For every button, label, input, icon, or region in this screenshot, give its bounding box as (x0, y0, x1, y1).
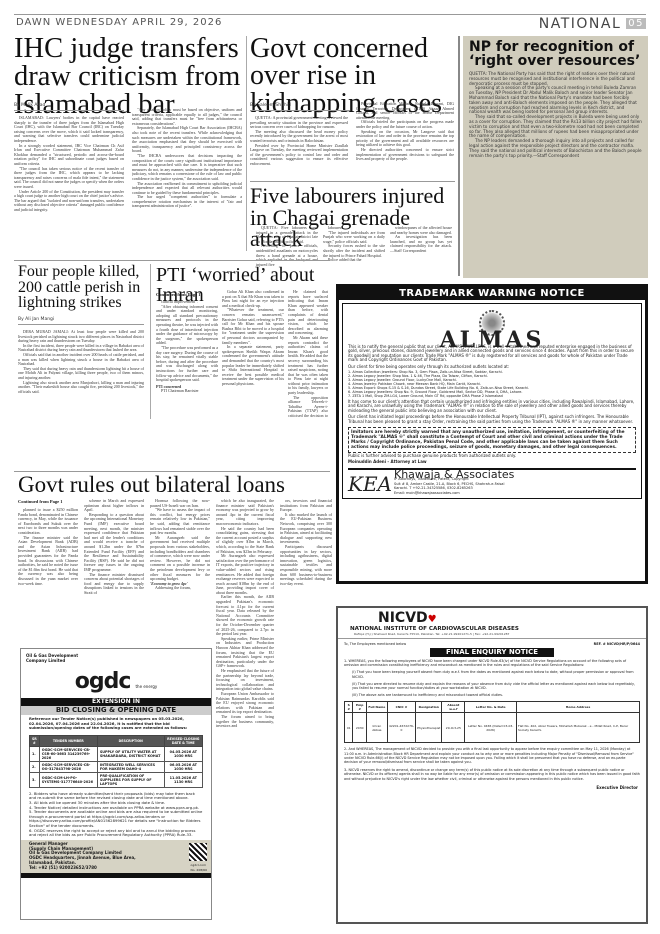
firm-logo: KEA (348, 482, 388, 487)
np-sidebar-box: NP for recognition of ‘right over resour… (463, 36, 648, 278)
trademark-notice-ad: TRADEMARK WARNING NOTICE ALMAS This is t… (336, 284, 648, 584)
pti-col2: Gohar Ali Khan also confirmed in a post … (222, 290, 284, 418)
employee-table: S #Emp #Full NameCNIC #DesignationAbsent… (344, 701, 640, 743)
lightning-headline: Four people killed, 200 cattle perish in… (18, 264, 148, 311)
notice-title: TRADEMARK WARNING NOTICE (339, 287, 645, 300)
ihc-col2: "Any rotation policy must be based on ob… (132, 108, 242, 254)
continued-label: Continued from Page 1 (18, 499, 63, 504)
loans-col3: Hormuz following the now-paused US-Israe… (150, 499, 210, 638)
ogdc-logo: ogdc (75, 669, 131, 694)
loans-col2: scheme in March and expressed optimism a… (84, 499, 144, 638)
divider (14, 260, 330, 261)
loans-col4: which he also inaugurated, the finance m… (216, 499, 274, 927)
section-label: NATIONAL05 (539, 16, 646, 32)
notice-title: FINAL ENQUIRY NOTICE (430, 648, 554, 657)
byline: By Ali Jan Mangi (18, 317, 144, 325)
page-number: 05 (626, 18, 646, 29)
tender-notes: 2. Bidders who have already submitted/se… (21, 790, 211, 840)
divider (250, 181, 455, 182)
warning-box: Imitators are hereby strictly warned tha… (348, 427, 636, 453)
loans-col1: planned to issue a $250 million Panda bo… (18, 508, 78, 638)
heart-icon: ♥ (428, 614, 437, 625)
loans-headline: Govt rules out bilateral loans (18, 474, 338, 497)
ogdc-tender-ad: Oil & Gas Development Company Limited og… (20, 648, 212, 920)
dateline: DAWN WEDNESDAY APRIL 29, 2026 (16, 17, 222, 28)
table-row: 2.OGDC-SCM-SERVICES-CB-OO-317843798-2026… (30, 761, 203, 772)
kidnap-col1: QUETTA: A provincial government meeting … (250, 116, 348, 176)
nicvd-logo: NICVD♥ (378, 610, 646, 626)
firm-block: KEA Khawaja & Associates IP Attorneys, T… (348, 468, 636, 496)
bid-banner: BID CLOSING & OPENING DATE (21, 706, 211, 715)
loans-col5: ors, investors and financial institution… (280, 499, 332, 634)
divider (150, 264, 151, 419)
kidnap-col2: Provincial Education Minister Raheela Du… (356, 102, 454, 176)
np-body: QUETTA: The National Party has said that… (469, 72, 642, 158)
table-row: 1.OGDC-SCM-SERVICES-CB-CSR-60-3663 31423… (30, 746, 203, 761)
chagai-col3: windowpanes of the affected house and ne… (390, 226, 452, 266)
table-row: 3.OGDC-SCM-LH-PO-SYSTEMS-317776640-2026P… (30, 772, 203, 787)
attorney: Moinuddin Adeni - Attorney at Law (348, 460, 636, 465)
divider (246, 36, 247, 251)
qr-code[interactable] (189, 843, 207, 861)
pti-col3: He claimed that reports have surfaced in… (288, 290, 328, 418)
signatory: Executive Director (338, 781, 646, 794)
brand-name: ALMAS (348, 338, 636, 343)
continued-label: Continued from Page 1 (156, 292, 201, 297)
masthead: DAWN WEDNESDAY APRIL 29, 2026 NATIONAL05 (14, 14, 646, 32)
np-headline: NP for recognition of ‘right over resour… (469, 40, 642, 68)
extension-banner: EXTENSION IN (21, 698, 211, 706)
nicvd-notice-ad: NICVD♥ NATIONAL INSTITUTE OF CARDIOVASCU… (336, 606, 648, 924)
ihc-col1: ISLAMABAD: Lawyers' bodies in the capita… (14, 116, 124, 254)
footer-bar (21, 873, 211, 878)
outlet-list: 1. Almas Collection Jewellers: Shop No. … (348, 370, 636, 398)
byline: By Malik Asad (14, 103, 124, 111)
table-row: 012030Imran Abbas42201-4672276-0Physioth… (345, 713, 640, 743)
byline: By Saleem Shahid (250, 103, 350, 111)
company-name: Oil & Gas Development Company Limited (21, 649, 91, 667)
pti-col1: clinical improvement"."After obtaining i… (156, 300, 218, 418)
lightning-body: DERA MURAD JAMALI: At least four people … (18, 330, 144, 420)
tender-table: SR #TENDER NUMBERDESCRIPTIONREVISED CLOS… (29, 735, 203, 788)
contact-block: General Manager(Supply Chain Management)… (21, 840, 211, 873)
